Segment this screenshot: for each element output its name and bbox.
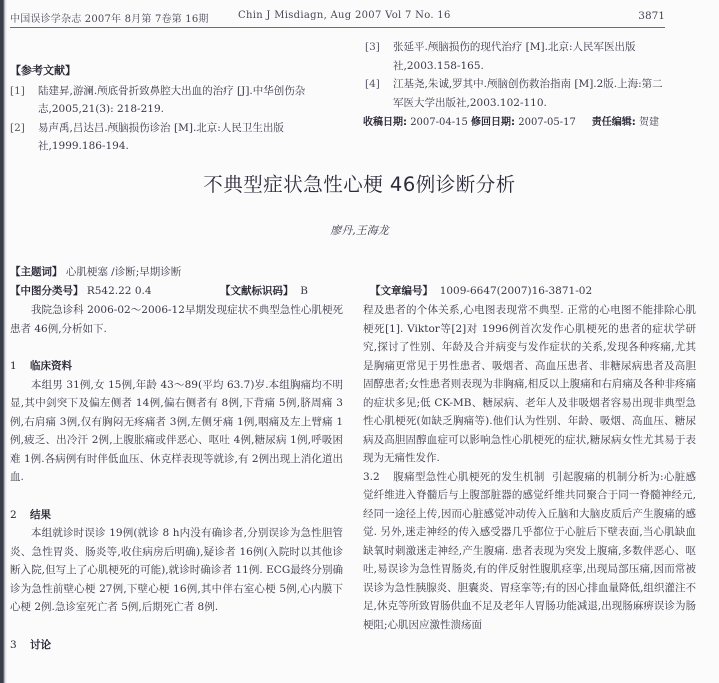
reference-text: 易声禹,吕达吕.颅脑损伤诊治 [M].北京:人民卫生出版社,1999.186-1… — [38, 119, 350, 156]
article-no-value: 1009-6647(2007)16-3871-02 — [440, 285, 592, 297]
references-heading: 【参考文献】 — [10, 62, 350, 81]
journal-page: 中国误诊学杂志 2007年 8月第 7卷第 16期 Chin J Misdiag… — [0, 0, 719, 683]
article-title: 不典型症状急性心梗 46例诊断分析 — [0, 169, 719, 197]
subsection-text: 引起腹痛的机制分析为:心脏感觉纤维进入脊髓后与上腹部脏器的感觉纤维共同聚合于同一… — [363, 471, 696, 631]
document-code: 【文献标识码】 B — [220, 283, 308, 298]
reference-text: 江基尧,朱诚,罗其中.颅脑创伤救治指南 [M].2版.上海:第二军医大学出版社,… — [393, 75, 665, 112]
clc-label: 【中图分类号】 — [10, 285, 84, 297]
keywords-value: 心肌梗塞 /诊断;早期诊断 — [66, 266, 181, 278]
section-1-paragraph: 本组男 31例,女 15例,年龄 43～89(平均 63.7)岁.本组胸痛均不明… — [10, 376, 343, 487]
doc-code-label: 【文献标识码】 — [220, 285, 294, 297]
reference-text: 陆建昇,游澜.颅底骨折致鼻腔大出血的治疗 [J].中华创伤杂志,2005,21(… — [38, 82, 350, 119]
journal-name-en: Chin J Misdiagn, Aug 2007 Vol 7 No. 16 — [238, 10, 451, 21]
subsection-3-2: 3.2腹痛型急性心肌梗死的发生机制 引起腹痛的机制分析为:心脏感觉纤维进入脊髓后… — [363, 468, 696, 635]
subsection-title: 腹痛型急性心肌梗死的发生机制 — [393, 471, 545, 483]
received-label: 收稿日期: — [363, 117, 407, 128]
clc-value: R542.22 0.4 — [87, 285, 152, 297]
section-heading-1: 1临床资料 — [10, 357, 343, 376]
running-header: 中国误诊学杂志 2007年 8月第 7卷第 16期 Chin J Misdiag… — [10, 7, 665, 25]
keywords: 【主题词】 心肌梗塞 /诊断;早期诊断 — [10, 264, 181, 279]
doc-code-value: B — [300, 285, 308, 297]
reference-text: 张延平.颅脑损伤的现代治疗 [M].北京:人民军医出版社,2003.158-16… — [393, 38, 665, 75]
reference-item: [4] 江基尧,朱诚,罗其中.颅脑创伤救治指南 [M].2版.上海:第二军医大学… — [365, 75, 665, 112]
body-column-left: 我院急诊科 2006-02～2006-12早期发现症状不典型急性心肌梗死患者 4… — [10, 301, 343, 654]
section-heading-3: 3讨论 — [10, 636, 343, 655]
article-dates: 收稿日期: 2007-04-15 修回日期: 2007-05-17 责任编辑: … — [363, 114, 693, 132]
body-column-right: 程及患者的个体关系,心电图表现常不典型. 正常的心电图不能排除心肌梗死[1]. … — [363, 301, 696, 634]
page-number: 3871 — [638, 10, 665, 22]
reference-number: [3] — [365, 38, 393, 75]
reference-number: [4] — [365, 75, 393, 112]
journal-name-cn: 中国误诊学杂志 2007年 8月第 7卷第 16期 — [10, 10, 209, 25]
article-authors: 廖丹,王海龙 — [0, 222, 719, 238]
reference-number: [2] — [10, 119, 38, 156]
article-no-label: 【文章编号】 — [370, 285, 433, 297]
revised-date: 2007-05-17 — [518, 117, 576, 128]
classification-number: 【中图分类号】 R542.22 0.4 — [10, 283, 152, 298]
keywords-label: 【主题词】 — [10, 266, 63, 278]
received-date: 2007-04-15 — [410, 117, 468, 128]
editor-label: 责任编辑: — [592, 117, 636, 128]
references-right: [3] 张延平.颅脑损伤的现代治疗 [M].北京:人民军医出版社,2003.15… — [365, 38, 665, 112]
article-number: 【文章编号】 1009-6647(2007)16-3871-02 — [370, 283, 592, 298]
revised-label: 修回日期: — [471, 117, 515, 128]
header-divider — [10, 27, 665, 28]
section-heading-2: 2结果 — [10, 506, 343, 525]
reference-item: [1] 陆建昇,游澜.颅底骨折致鼻腔大出血的治疗 [J].中华创伤杂志,2005… — [10, 82, 350, 119]
continued-paragraph: 程及患者的个体关系,心电图表现常不典型. 正常的心电图不能排除心肌梗死[1]. … — [363, 301, 696, 468]
reference-item: [2] 易声禹,吕达吕.颅脑损伤诊治 [M].北京:人民卫生出版社,1999.1… — [10, 119, 350, 156]
intro-paragraph: 我院急诊科 2006-02～2006-12早期发现症状不典型急性心肌梗死患者 4… — [10, 301, 343, 338]
editor-name: 贺建 — [639, 117, 659, 128]
reference-item: [3] 张延平.颅脑损伤的现代治疗 [M].北京:人民军医出版社,2003.15… — [365, 38, 665, 75]
references-left: 【参考文献】 [1] 陆建昇,游澜.颅底骨折致鼻腔大出血的治疗 [J].中华创伤… — [10, 62, 350, 156]
reference-number: [1] — [10, 82, 38, 119]
subsection-number: 3.2 — [363, 468, 393, 487]
section-2-paragraph: 本组就诊时误诊 19例(就诊 8 h内没有确诊者,分别误诊为急性胆管炎、急性胃炎… — [10, 524, 343, 617]
